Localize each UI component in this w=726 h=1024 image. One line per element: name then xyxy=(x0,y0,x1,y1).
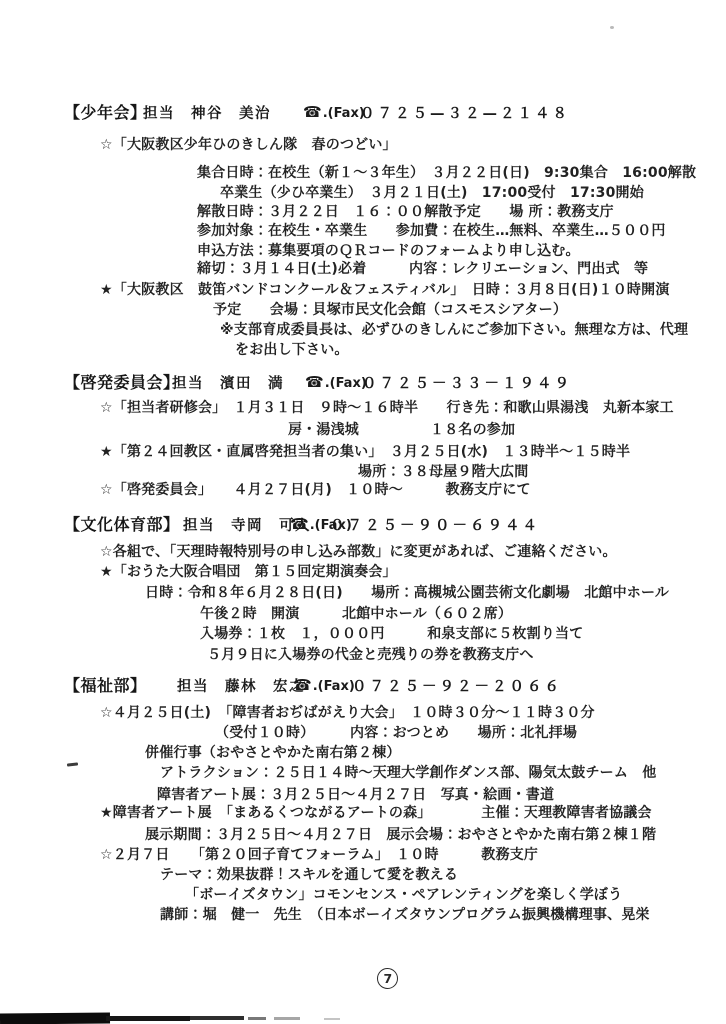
fax-text: .(Fax) xyxy=(313,679,355,694)
section-title-shonenkai: 【少年会】 xyxy=(64,100,147,123)
text-line: ★「大阪教区 鼓笛バンドコンクール＆フェスティバル」 日時：３月８日(日)１０時… xyxy=(100,280,670,300)
phone-icon: ☎ xyxy=(305,373,324,391)
text-line: ５月９日に入場券の代金と売残りの券を教務支庁へ xyxy=(207,645,534,665)
scan-artifact-bar xyxy=(190,1016,244,1020)
section-contact: 担当 神谷 美治 xyxy=(143,102,271,123)
text-line: ☆各組で、「天理時報特別号の申し込み部数」に変更があれば、ご連絡ください。 xyxy=(100,542,617,562)
text-line: 房・湯浅城 １８名の参加 xyxy=(288,420,515,440)
text-line: ☆２月７日 「第２０回子育てフォーラム」 １０時 教務支庁 xyxy=(100,845,538,865)
phone-number: ０７２５－９０－６９４４ xyxy=(330,514,540,535)
text-line: 申込方法：募集要項のＱＲコードのフォームより申し込む。 xyxy=(197,241,580,261)
text-line: ※支部育成委員長は、必ずひのきしんにご参加下さい。無理な方は、代理 xyxy=(220,320,688,340)
text-line: 入場券：１枚 １，０００円 和泉支部に５枚割り当て xyxy=(200,624,583,644)
text-line: ☆「大阪教区少年ひのきしん隊 春のつどい」 xyxy=(100,135,397,155)
phone-number: ０７２５－９２－２０６６ xyxy=(352,675,562,696)
text-line: テーマ：効果抜群！スキルを通して愛を教える xyxy=(160,865,458,885)
fax-label: ☎.(Fax) xyxy=(293,676,355,694)
text-line: 併催行事（おやさとやかた南右第２棟） xyxy=(145,743,401,763)
text-line: 卒業生（少ひ卒業生） ３月２１日(土) 17:00受付 17:30開始 xyxy=(220,183,644,203)
scan-artifact-bar xyxy=(106,1016,190,1021)
scanned-bulletin-page: 【少年会】 担当 神谷 美治 ☎.(Fax) ０７２５—３２—２１４８ ☆「大阪… xyxy=(0,0,726,1024)
page-number-circle: 7 xyxy=(377,968,398,989)
scan-artifact-bar xyxy=(274,1017,300,1020)
text-line: をお出し下さい。 xyxy=(235,340,349,360)
scan-artifact-smudge xyxy=(67,762,78,766)
section-contact: 担当 藤林 宏之 xyxy=(177,675,305,696)
text-line: 障害者アート展：３月２５日〜４月２７日 写真・絵画・書道 xyxy=(157,785,554,805)
text-line: 解散日時：３月２２日 １６：００解散予定 場 所：教務支庁 xyxy=(197,202,614,222)
text-line: ★「おうた大阪合唱団 第１５回定期演奏会」 xyxy=(100,562,397,582)
phone-icon: ☎ xyxy=(293,676,312,694)
phone-number: ０７２５—３２—２１４８ xyxy=(360,102,570,123)
phone-icon: ☎ xyxy=(303,103,322,121)
text-line: 予定 会場：貝塚市民文化会館（コスモスシアター） xyxy=(213,300,567,320)
section-title-keihatsu: 【啓発委員会】 xyxy=(64,370,180,393)
text-line: ☆「啓発委員会」 ４月２７日(月) １０時〜 教務支庁にて xyxy=(100,480,531,500)
text-line: ★障害者アート展 「まあるくつながるアートの森」 主催：天理教障害者協議会 xyxy=(100,803,652,823)
text-line: 集合日時：在校生（新１〜３年生） ３月２２日(日) 9:30集合 16:00解散 xyxy=(197,163,696,183)
text-line: 締切：３月１４日(土)必着 内容：レクリエーション、門出式 等 xyxy=(197,259,648,279)
fax-text: .(Fax) xyxy=(325,376,367,391)
scan-artifact-bar xyxy=(0,1013,110,1024)
phone-number: ０７２５－３３－１９４９ xyxy=(362,372,572,393)
scan-artifact-bar xyxy=(324,1018,340,1020)
fax-label: ☎.(Fax) xyxy=(303,103,365,121)
text-line: 場所：３８母屋９階大広間 xyxy=(358,462,528,482)
text-line: 午後２時 開演 北館中ホール（６０２席） xyxy=(200,604,512,624)
text-line: 参加対象：在校生・卒業生 参加費：在校生…無料、卒業生…５００円 xyxy=(197,221,666,241)
fax-text: .(Fax) xyxy=(323,106,365,121)
section-title-bunka-taiiku: 【文化体育部】 xyxy=(64,512,180,535)
scan-artifact-bar xyxy=(248,1017,266,1020)
page-number: 7 xyxy=(357,949,398,1008)
text-line: ☆４月２５日(土) 「障害者おぢばがえり大会」 １０時３０分〜１１時３０分 xyxy=(100,703,595,723)
text-line: アトラクション：２５日１４時〜天理大学創作ダンス部、陽気太鼓チーム 他 xyxy=(160,763,656,783)
text-line: ☆「担当者研修会」 １月３１日 ９時〜１６時半 行き先：和歌山県湯浅 丸新本家工 xyxy=(100,398,674,418)
section-contact: 担当 濱田 満 xyxy=(172,372,284,393)
text-line: 日時：令和８年６月２８日(日) 場所：高槻城公園芸術文化劇場 北館中ホール xyxy=(145,583,669,603)
text-line: 「ボーイズタウン」コモンセンス・ペアレンティングを楽しく学ぼう xyxy=(185,885,622,905)
text-line: （受付１０時） 内容：おつとめ 場所：北礼拝場 xyxy=(215,723,577,743)
phone-icon: ☎ xyxy=(290,515,309,533)
text-line: 講師：堀 健一 先生 （日本ボーイズタウンプログラム振興機構理事、晃栄 xyxy=(160,905,650,925)
section-title-fukushibu: 【福祉部】 xyxy=(64,673,147,696)
text-line: ★「第２４回教区・直属啓発担当者の集い」 ３月２５日(水) １３時半〜１５時半 xyxy=(100,442,630,462)
fax-label: ☎.(Fax) xyxy=(305,373,367,391)
text-line: 展示期間：３月２５日〜４月２７日 展示会場：おやさとやかた南右第２棟１階 xyxy=(145,825,656,845)
scan-artifact-speck xyxy=(610,26,614,29)
